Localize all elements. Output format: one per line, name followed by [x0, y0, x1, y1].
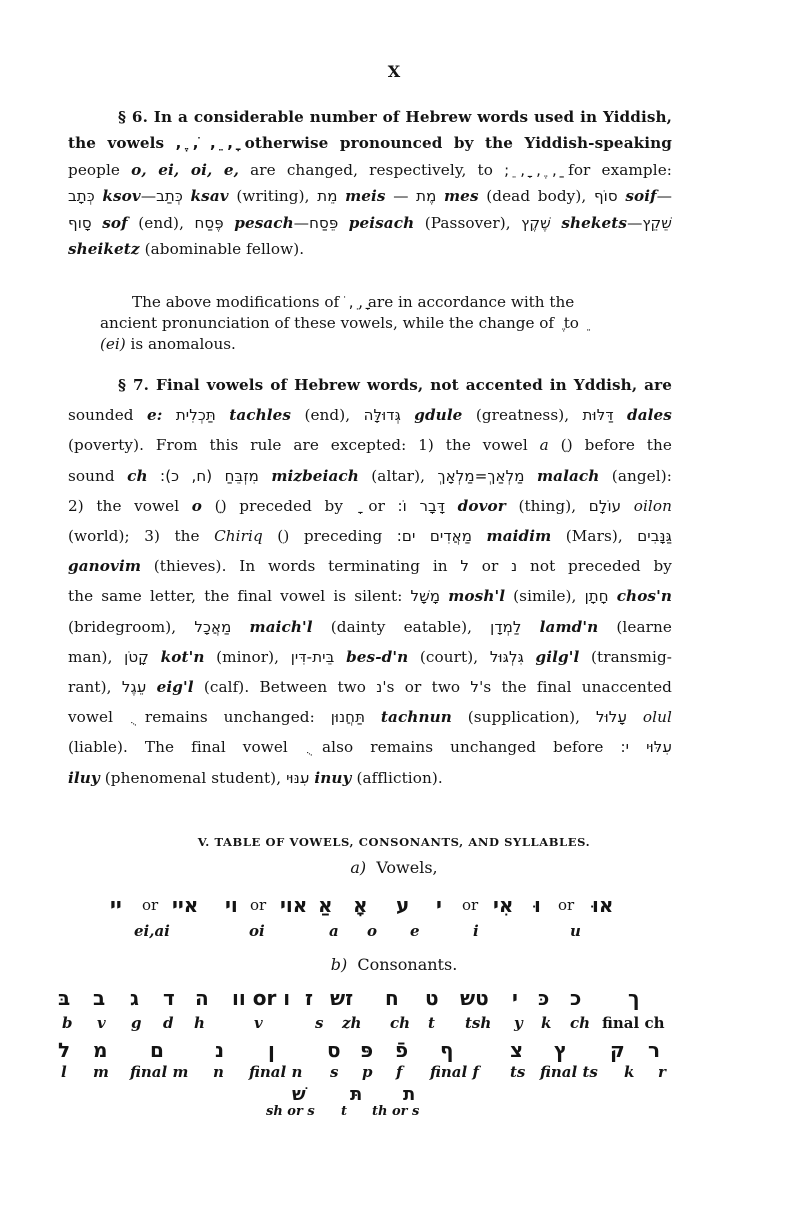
consonant-sound: th or s	[372, 1104, 419, 1119]
consonant-sound: ch	[390, 1014, 410, 1032]
consonant-sound: s	[330, 1063, 338, 1081]
vowel-glyph-u: אוּ	[592, 893, 613, 917]
vowels-heading: a) Vowels,	[0, 858, 788, 877]
section-6-line-3: people o, ei, oi, e, are changed, respec…	[68, 157, 672, 183]
vowel-sound-oi: oi	[249, 922, 265, 940]
consonant-glyph: ט	[425, 986, 439, 1010]
section-7-line-5: 2) the vowel o (ָ) preceded by ָ or וֹ: …	[68, 491, 672, 521]
vowel-glyph-e: ע	[396, 893, 409, 917]
section-7-line-12: vowel ֻ remains unchanged: תַּחֲנוּן tac…	[68, 702, 672, 732]
section-7-line-11: rant), עֵגֶל eig'l (calf). Between two נ…	[68, 672, 672, 702]
note-line-1: The above modifications of ָ, ֵ, ֹ are i…	[100, 292, 672, 313]
section-6-line-5: סָוף sof (end), פֶּסַח pesach—פֵּסַח pei…	[68, 210, 672, 236]
consonant-glyph: פּ	[360, 1038, 373, 1062]
consonants-sound-row-3: sh or s t th or s	[0, 1104, 788, 1132]
consonant-sound: h	[194, 1014, 205, 1032]
vowel-sound-e: e	[410, 922, 420, 940]
section-6-line-4: כְּתָב ksov—כְּתַב ksav (writing), מֵת m…	[68, 183, 672, 209]
section-7-line-3: (poverty). From this rule are excepted: …	[68, 430, 672, 460]
consonant-sound: final ch	[602, 1014, 665, 1032]
consonant-glyph: ל	[58, 1038, 70, 1062]
consonant-sound: l	[61, 1063, 67, 1081]
section-7-line-7: ganovim (thieves). In words terminating …	[68, 551, 672, 581]
vowel-sound-ei: ei,ai	[134, 922, 170, 940]
vowel-glyph-i: אִי	[493, 893, 513, 917]
consonant-glyph: ח	[385, 986, 399, 1010]
consonant-sound: s	[315, 1014, 323, 1032]
consonant-glyph: ר	[648, 1038, 660, 1062]
consonant-sound: r	[658, 1063, 666, 1081]
consonant-glyph: ת	[403, 1084, 415, 1105]
consonant-glyph: ה	[195, 986, 209, 1010]
consonant-glyph: ן	[268, 1038, 275, 1062]
section-6-paragraph: § 6. In a considerable number of Hebrew …	[68, 104, 672, 262]
or-label: or	[250, 896, 266, 914]
consonant-sound: ts	[510, 1063, 525, 1081]
consonant-glyph: ב	[93, 986, 105, 1010]
section-7-line-6: (world); 3) the Chiriq (ִ) preceding ים:…	[68, 521, 672, 551]
consonant-glyph: ך	[628, 986, 640, 1010]
or-label: or	[558, 896, 574, 914]
consonant-glyph: תּ	[350, 1084, 362, 1105]
section-6-line-2: the vowels ָ, ֵ, ֹ, ֶ, otherwise pronoun…	[68, 130, 672, 156]
vowel-glyph-ei: איי	[172, 893, 198, 917]
section-7-line-9: (bridegroom), מַאֲכָל maich'l (dainty ea…	[68, 612, 672, 642]
consonant-sound: sh or s	[266, 1104, 315, 1119]
note-line-3: (ei) is anomalous.	[100, 334, 672, 355]
consonant-glyph: שׁ	[292, 1084, 306, 1105]
consonant-sound: t	[341, 1104, 347, 1119]
vowel-sound-u: u	[570, 922, 581, 940]
section-7-line-1: § 7. Final vowels of Hebrew words, not a…	[68, 370, 672, 400]
or-label: or	[142, 896, 158, 914]
vowel-glyph-ei-alt: יי	[110, 893, 122, 917]
section-7-line-2: sounded e: תַּכְלִית tachles (end), גְּד…	[68, 400, 672, 430]
vowel-glyph-i-alt: י	[436, 893, 442, 917]
consonant-glyph: צ	[510, 1038, 523, 1062]
consonant-glyph: מ	[93, 1038, 107, 1062]
vowel-glyph-oi: אוי	[280, 893, 307, 917]
consonants-heading: b) Consonants.	[0, 955, 788, 974]
consonant-sound: final n	[249, 1063, 302, 1081]
section-7-line-8: the same letter, the final vowel is sile…	[68, 581, 672, 611]
consonant-glyph: בּ	[58, 986, 70, 1010]
section-6-line-1: § 6. In a considerable number of Hebrew …	[68, 104, 672, 130]
consonant-sound: v	[97, 1014, 106, 1032]
section-7-line-4: sound ch (ח, כ): מִזְבֵּחַ mizbeiach (al…	[68, 461, 672, 491]
page-number: X	[0, 62, 788, 81]
consonants-glyph-row-1: בּ ב ג ד ה ו or וו ז זש ח ט טש י כּ כ ך	[0, 986, 788, 1014]
consonant-glyph: י	[512, 986, 518, 1010]
consonant-glyph: ס	[327, 1038, 341, 1062]
consonant-glyph: כּ	[538, 986, 549, 1010]
consonant-glyph: ם	[150, 1038, 164, 1062]
consonant-sound: f	[396, 1063, 402, 1081]
consonant-sound: g	[131, 1014, 142, 1032]
consonant-glyph: פֿ	[395, 1038, 408, 1062]
vowel-sound-o: o	[367, 922, 377, 940]
consonant-glyph: ף	[440, 1038, 454, 1062]
vowels-sound-row: ei,ai oi a o e i u	[0, 922, 788, 950]
consonant-glyph: ק	[610, 1038, 625, 1062]
consonant-sound: b	[62, 1014, 73, 1032]
vowel-glyph-u-alt: וּ	[534, 893, 541, 917]
vowel-sound-i: i	[473, 922, 479, 940]
consonant-glyph: ד	[163, 986, 175, 1010]
consonant-glyph: ג	[130, 986, 139, 1010]
consonant-sound: n	[213, 1063, 224, 1081]
vowels-glyph-row: יי or איי וי or אוי אַ אָ ע י or אִי וּ …	[0, 893, 788, 921]
note-line-2: ancient pronunciation of these vowels, w…	[100, 313, 672, 334]
consonant-glyph: נ	[215, 1038, 224, 1062]
or-label: or	[462, 896, 478, 914]
consonant-sound: final f	[430, 1063, 479, 1081]
consonant-sound: k	[541, 1014, 551, 1032]
consonant-sound: p	[362, 1063, 373, 1081]
consonant-sound: ch	[570, 1014, 590, 1032]
consonant-sound: v	[254, 1014, 263, 1032]
consonant-sound: tsh	[465, 1014, 491, 1032]
consonant-glyph: זש	[330, 986, 353, 1010]
consonant-sound: m	[93, 1063, 109, 1081]
table-heading: V. TABLE OF VOWELS, CONSONANTS, AND SYLL…	[0, 835, 788, 849]
section-7-line-10: man), קָטֹן kot'n (minor), בֵּית-דִּין b…	[68, 642, 672, 672]
vowel-glyph-o: אָ	[353, 893, 368, 917]
consonant-glyph: כ	[570, 986, 581, 1010]
consonant-glyph: ץ	[554, 1038, 567, 1062]
consonant-glyph: טש	[460, 986, 489, 1010]
consonants-glyph-row-2: ל מ ם נ ן ס פּ פֿ ף צ ץ ק ר	[0, 1038, 788, 1066]
consonant-glyph: ז	[305, 986, 313, 1010]
consonant-sound: k	[624, 1063, 634, 1081]
consonant-sound: final m	[130, 1063, 188, 1081]
section-7-paragraph: § 7. Final vowels of Hebrew words, not a…	[68, 370, 672, 793]
consonant-sound: d	[163, 1014, 174, 1032]
vowel-glyph-oi-alt: וי	[225, 893, 238, 917]
consonant-sound: y	[514, 1014, 523, 1032]
consonant-sound: final ts	[540, 1063, 598, 1081]
section-7-line-14: iluy (phenomenal student), עִנּוּי inuy …	[68, 763, 672, 793]
vowel-glyph-a: אַ	[318, 893, 333, 917]
consonant-glyph: ו or וו	[232, 986, 290, 1010]
vowel-sound-a: a	[329, 922, 339, 940]
consonant-sound: zh	[342, 1014, 361, 1032]
consonant-sound: t	[428, 1014, 435, 1032]
section-7-line-13: (liable). The final vowel ֻ also remains…	[68, 732, 672, 762]
note-paragraph: The above modifications of ָ, ֵ, ֹ are i…	[100, 292, 672, 355]
section-6-line-6: sheiketz (abominable fellow).	[68, 236, 672, 262]
